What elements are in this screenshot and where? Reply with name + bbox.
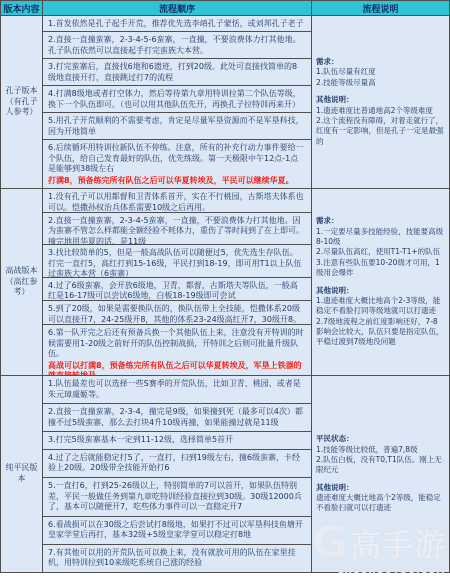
note-block-f2p-status: 平民状态： 1.技能等级比较低，普遍7,8级 2.队伍白板，没有T0,T1队伍。…: [316, 434, 445, 475]
step-text: 1.首发依然是孔子起手开荒，推荐优先选李靖孔子蒙恬，或刘邦孔子老子: [48, 19, 304, 28]
section-pingmin-version: 纯平民版本 1.队伍最差也可以选择一些S赛季的开荒队伍，比如卫青、桃园、或者是朱…: [1, 375, 449, 572]
step-text: 1.没有孔子可以用都督和卫青体系首开，实在不行桃园，古斯塔夫体系也可以。恺撒孙权…: [48, 192, 304, 212]
note-line: 2.这个流程没有障碍，对着走就行了，红度有一定影响，但是孔子一定是最强的: [316, 116, 445, 147]
section-notes-pingmin: 平民状态： 1.技能等级比较低，普遍7,8级 2.队伍白板，没有T0,T1队伍。…: [312, 376, 449, 572]
step-cell: 4.打满8级地或者打空体力，然后等待第九章用特训拉第二个队伍等级，换下一个队伍即…: [43, 86, 311, 113]
note-title: 需求：: [316, 216, 445, 226]
step-text: 2.直接一直撞蛮寨，2-3-4-5蛮寨，一直撞，不要浪费体力打其他地。因为蛮寨不…: [48, 216, 304, 246]
table-header-row: 版本内容 流程顺序 流程说明: [1, 1, 449, 15]
step-highlight-text: 高战可以打满8，预备练完所有队伍之后可以华夏转埃及，军垦上铁器的就直接转埃及: [48, 361, 305, 375]
note-line: 1.遗迹难度比普通地高2个等级难度: [316, 106, 445, 116]
note-line: 1.遗迹难度大概比地高个2-3等级，能稳定不看脸打同等级地就可以打遗迹: [316, 296, 445, 317]
step-text: 4.打满8级地或者打空体力，然后等待第九章用特训拉第二个队伍等级，换下一个队伍即…: [48, 89, 301, 109]
step-text: 3.找比较简单的5，但是一般高战队伍可以随便过5，优先选生存队伍。打完一直打5，…: [48, 248, 302, 278]
step-cell: 5.用孔子开荒顺利的不需要考虑，肯定是尽量军垦资源而不是军垦科技，因为开地简单: [43, 113, 311, 140]
step-cell: 5.一直打6，打到25-26级以上，特别简单的7可以首开，如果队伍特别差，平民一…: [43, 478, 311, 517]
note-line: 2.队伍白板，没有T0,T1队伍。刚上无限纪元: [316, 455, 445, 476]
section-label-gaozhan: 高战版本（高红参考）: [1, 189, 43, 375]
note-line: 3.注意有些队伍要10-20级才可用，1级用会爆炸: [316, 258, 445, 279]
step-cell: 1.首发依然是孔子起手开荒，推荐优先选李靖孔子蒙恬，或刘邦孔子老子: [43, 16, 311, 32]
step-text: 4.过了6级蛮寨，会开放6级地，卫青，都督，古斯塔夫等队伍，一般高红是16-17…: [48, 281, 298, 301]
note-title: 其他说明：: [316, 286, 445, 296]
step-cell: 2.直接一直撞蛮寨，2-3-4，撞完是9级，如果撞到死（最多可以4次）都撞不过5…: [43, 404, 311, 432]
note-title: 需求：: [316, 57, 445, 67]
header-process-notes: 流程说明: [312, 1, 449, 15]
step-text: 2.直接一直撞蛮寨，2-3-4，撞完是9级，如果撞到死（最多可以4次）都撞不过5…: [48, 407, 303, 427]
step-text: 6.后续循环用特训拉新队伍不停练。注意，所有的补充行动力事件要给一个队伍，给自己…: [48, 143, 304, 173]
step-cell: 1.队伍最差也可以选择一些S赛季的开荒队伍，比如卫青、桃园、或者是朱元璋虞姬等。: [43, 376, 311, 404]
step-cell: 1.没有孔子可以用都督和卫青体系首开，实在不行桃园，古斯塔夫体系也可以。恺撒孙权…: [43, 189, 311, 213]
step-cell: 6.后续循环用特训拉新队伍不停练。注意，所有的补充行动力事件要给一个队伍，给自己…: [43, 140, 311, 188]
note-line: 2.尽量队伍高红，使用T1-T1+的队伍: [316, 247, 445, 257]
section-steps-pingmin: 1.队伍最差也可以选择一些S赛季的开荒队伍，比如卫青、桃园、或者是朱元璋虞姬等。…: [43, 376, 312, 572]
step-cell: 3.打完5级蛮寨基本一定到11-12级，选择简单5首开: [43, 432, 311, 450]
step-text: 3.打完5级蛮寨基本一定到11-12级，选择简单5首开: [48, 435, 233, 444]
note-block-other: 其他说明： 1.遗迹难度大概比地高个2-3等级，能稳定不看脸打同等级地就可以打遗…: [316, 286, 445, 348]
section-steps-gaozhan: 1.没有孔子可以用都督和卫青体系首开，实在不行桃园，古斯塔夫体系也可以。恺撒孙权…: [43, 189, 312, 375]
note-line: 1.技能等级比较低，普遍7,8级: [316, 445, 445, 455]
step-cell: 3.找比较简单的5，但是一般高战队伍可以随便过5，优先选生存队伍。打完一直打5，…: [43, 245, 311, 278]
step-text: 6.看战损可以在30级之后尝试打8级地，如果打不过可以军垦科技鱼塘开皇家学堂后再…: [48, 520, 303, 540]
step-text: 7.有其他可以用的开荒队伍可以换上来，没有就放可用的队伍在家里挂机，用特训拉到1…: [48, 548, 296, 568]
note-line: 2.7级地流程之前红度影响还好，7-8影响会比较大，队伍只要是指定队伍，平稳过渡…: [316, 317, 445, 348]
step-highlight-text: 打满8，预备练完所有队伍之后可以华夏转埃及，平民可以继续华夏。: [48, 176, 305, 187]
step-text: 4.过了之后就能稳定打5了，一直打，扫到19级左右，撞6级蛮寨，卡经验上20级。…: [48, 453, 300, 473]
note-block-requirements: 需求： 1.队伍尽量有红度 2.技能等级尽量高: [316, 57, 445, 88]
step-cell: 2.直接一直撞蛮寨，2-3-4-5-6蛮寨，一直撞，不要浪费体力打其他地。孔子队…: [43, 32, 311, 59]
strategy-table: 版本内容 流程顺序 流程说明 孔子版本（有孔子人参考） 1.首发依然是孔子起手开…: [0, 0, 450, 573]
step-cell: 3.打完蛮寨后，直接找6地和6遗迹，打到20级。此处可直接找简单的8级地直接开打…: [43, 59, 311, 86]
step-cell: 7.有其他可以用的开荒队伍可以换上来，没有就放可用的队伍在家里挂机，用特训拉到1…: [43, 545, 311, 572]
section-notes-gaozhan: 需求： 1.一定要尽量多技能经验，技能要高级8-10级 2.尽量队伍高红，使用T…: [312, 189, 449, 375]
step-cell: 2.直接一直撞蛮寨，2-3-4-5蛮寨，一直撞，不要浪费体力打其他地。因为蛮寨不…: [43, 213, 311, 246]
step-cell: 4.过了之后就能稳定打5了，一直打，扫到19级左右，撞6级蛮寨，卡经验上20级。…: [43, 450, 311, 478]
note-title: 其他说明：: [316, 483, 445, 493]
note-block-other: 其他说明： 1.遗迹难度比普通地高2个等级难度 2.这个流程没有障碍，对着走就行…: [316, 95, 445, 147]
note-block-other: 其他说明： 遗迹难度大概比地高个2等级，能稳定不看脸扫就可以打遗迹: [316, 483, 445, 514]
step-cell: 5.到了20级，如果是需要换队伍的，换队伍带上全技能，恺撒体系20级可以直接开7…: [43, 301, 311, 325]
step-cell: 4.过了6级蛮寨，会开放6级地，卫青，都督，古斯塔夫等队伍，一般高红是16-17…: [43, 278, 311, 302]
note-title: 其他说明：: [316, 95, 445, 105]
section-kongzi-version: 孔子版本（有孔子人参考） 1.首发依然是孔子起手开荒，推荐优先选李靖孔子蒙恬，或…: [1, 15, 449, 188]
section-steps-kongzi: 1.首发依然是孔子起手开荒，推荐优先选李靖孔子蒙恬，或刘邦孔子老子 2.直接一直…: [43, 16, 312, 188]
step-text: 5.一直打6，打到25-26级以上，特别简单的7可以首开，如果队伍特别差，平民一…: [48, 481, 302, 511]
note-block-requirements: 需求： 1.一定要尽量多技能经验，技能要高级8-10级 2.尽量队伍高红，使用T…: [316, 216, 445, 278]
step-text: 3.打完蛮寨后，直接找6地和6遗迹，打到20级。此处可直接找简单的8级地直接开打…: [48, 62, 297, 82]
header-version-content: 版本内容: [1, 1, 43, 15]
note-line: 2.技能等级尽量高: [316, 78, 445, 88]
step-text: 1.队伍最差也可以选择一些S赛季的开荒队伍，比如卫青、桃园、或者是朱元璋虞姬等。: [48, 379, 301, 399]
step-text: 2.直接一直撞蛮寨，2-3-4-5-6蛮寨，一直撞，不要浪费体力打其他地。孔子队…: [48, 35, 301, 55]
section-notes-kongzi: 需求： 1.队伍尽量有红度 2.技能等级尽量高 其他说明： 1.遗迹难度比普通地…: [312, 16, 449, 188]
note-title: 平民状态：: [316, 434, 445, 444]
step-text: 6.第一队开完之后还有预备兵换一个其他队伍上来，注意没有开特训的时候需要用1-2…: [48, 328, 304, 358]
note-line: 1.队伍尽量有红度: [316, 67, 445, 77]
section-label-kongzi: 孔子版本（有孔子人参考）: [1, 16, 43, 188]
note-line: 遗迹难度大概比地高个2等级，能稳定不看脸扫就可以打遗迹: [316, 493, 445, 514]
step-text: 5.用孔子开荒顺利的不需要考虑，肯定是尽量军垦资源而不是军垦科技，因为开地简单: [48, 116, 304, 136]
section-label-pingmin: 纯平民版本: [1, 376, 43, 572]
step-cell: 6.看战损可以在30级之后尝试打8级地，如果打不过可以军垦科技鱼塘开皇家学堂后再…: [43, 517, 311, 545]
header-process-order: 流程顺序: [43, 1, 312, 15]
note-line: 1.一定要尽量多技能经验，技能要高级8-10级: [316, 227, 445, 248]
step-cell: 6.第一队开完之后还有预备兵换一个其他队伍上来，注意没有开特训的时候需要用1-2…: [43, 325, 311, 375]
section-gaozhan-version: 高战版本（高红参考） 1.没有孔子可以用都督和卫青体系首开，实在不行桃园，古斯塔…: [1, 188, 449, 375]
guide-table-page: 版本内容 流程顺序 流程说明 孔子版本（有孔子人参考） 1.首发依然是孔子起手开…: [0, 0, 450, 579]
step-text: 5.到了20级，如果是需要换队伍的，换队伍带上全技能，恺撒体系20级可以直接开7…: [48, 304, 301, 324]
